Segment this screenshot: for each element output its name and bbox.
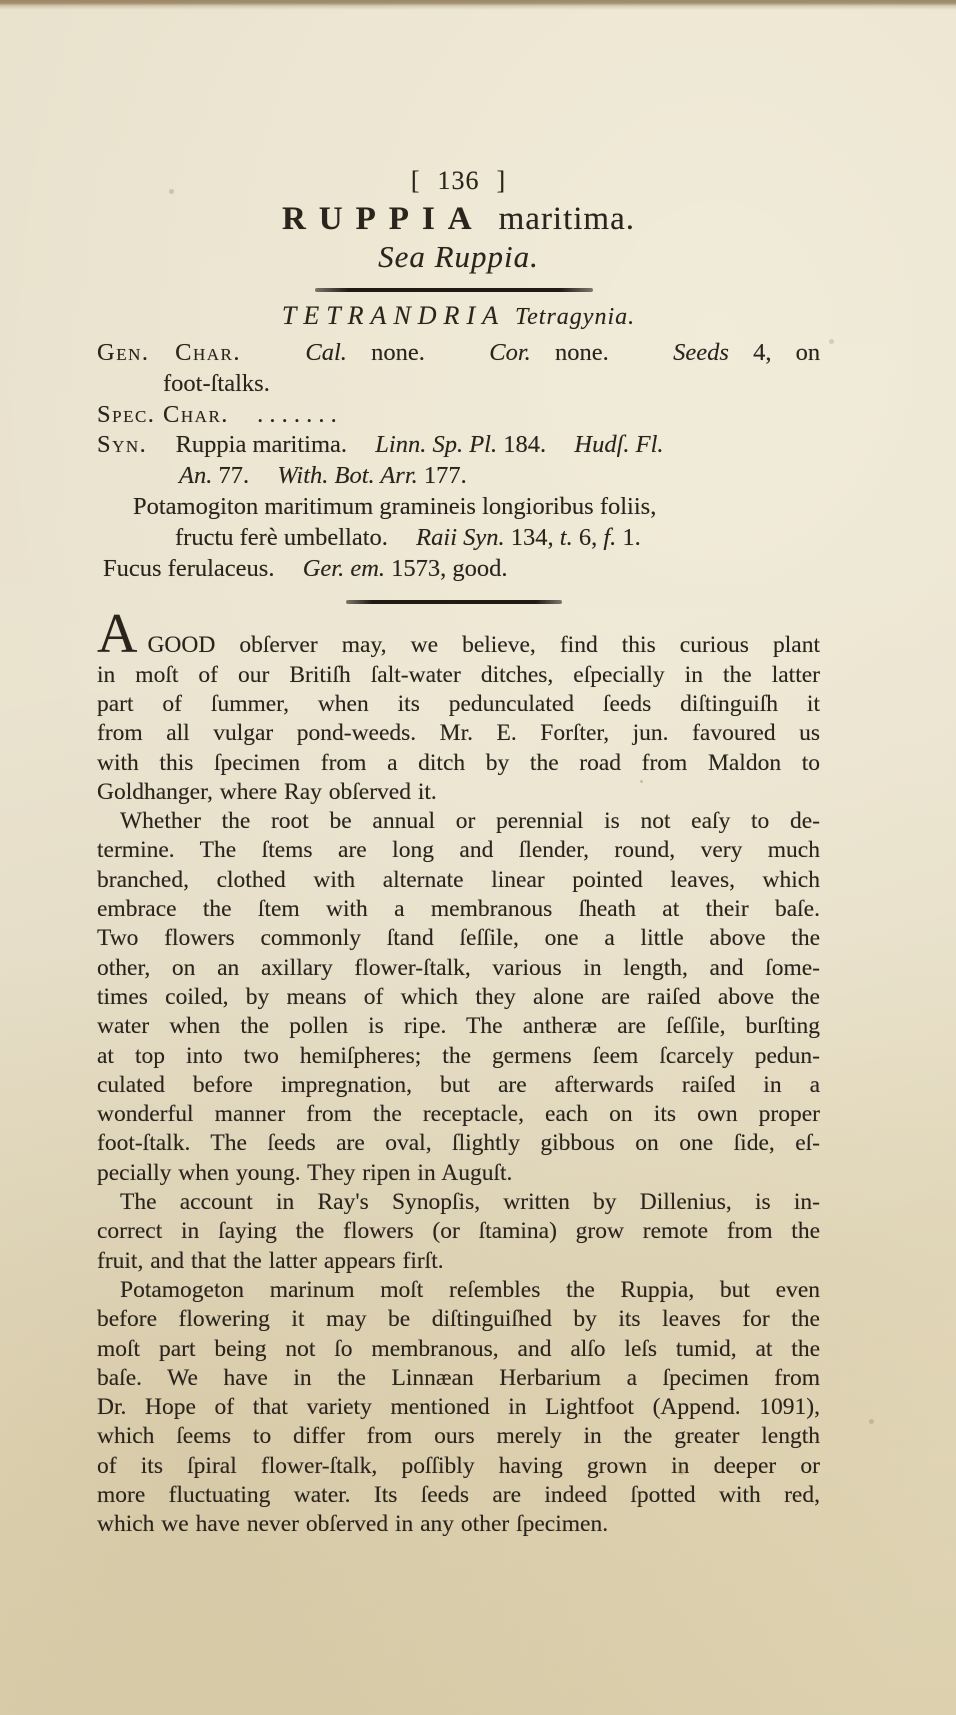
body-line: foot-ſtalk. The ſeeds are oval, ſlightly… [97, 1129, 820, 1158]
synonymy-line: Spec. Char. . . . . . . . [97, 400, 820, 431]
body-line: which we have never obſerved in any othe… [97, 1510, 820, 1539]
body-line: Two flowers commonly ſtand ſeſſile, one … [97, 924, 820, 953]
synonymy-line: Potamogiton maritimum gramineis longiori… [97, 492, 820, 523]
synonymy-line: Fucus ferulaceus. Ger. em. 1573, good. [97, 554, 820, 585]
body-line: of its ſpiral flower-ſtalk, poſſibly hav… [97, 1452, 820, 1481]
body-line: which ſeems to differ from ours merely i… [97, 1422, 820, 1451]
common-name: Sea Ruppia. [97, 239, 820, 275]
synonymy-line: Gen. Char. Cal. none. Cor. none. [97, 338, 820, 369]
body-line: part of ſummer, when its pedunculated ſe… [97, 690, 820, 719]
body-line: moſt part being not ſo membranous, and a… [97, 1335, 820, 1364]
text-segment: Syn. [97, 431, 147, 458]
body-line: wonderful manner from the receptacle, ea… [97, 1100, 820, 1129]
text-segment: t. [560, 524, 573, 551]
text-segment: Seeds [673, 339, 729, 366]
body-line: with this ſpecimen from a ditch by the r… [97, 749, 820, 778]
text-segment: Hudſ. Fl. [574, 431, 663, 458]
text-segment: 6, [579, 524, 604, 551]
body-line: embrace the ſtem with a membranous ſheat… [97, 895, 820, 924]
synonymy-block: Gen. Char. Cal. none. Cor. none. [97, 338, 820, 584]
synonymy-line: fructu ferè umbellato. Raii Syn. 134, t.… [97, 523, 820, 554]
body-line: at top into two hemiſpheres; the germens… [97, 1042, 820, 1071]
body-line: Potamogeton marinum moſt reſembles the R… [97, 1276, 820, 1305]
body-line: The account in Ray's Synopſis, written b… [97, 1188, 820, 1217]
text-segment: 1. [622, 524, 640, 551]
body-line: Goldhanger, where Ray obſerved it. [97, 778, 820, 807]
text-segment: Potamogiton maritimum gramineis longiori… [133, 493, 656, 520]
text-segment: fructu ferè umbellato. [175, 524, 388, 551]
text-segment: Raii Syn. [416, 524, 504, 551]
genus-name: RUPPIA [282, 201, 485, 237]
description-body: AGOOD obſerver may, we believe, find thi… [97, 631, 820, 1539]
text-segment: Ger. em. [303, 555, 385, 582]
text-segment: With. Bot. Arr. [277, 462, 417, 489]
body-line: pecially when young. They ripen in Auguſ… [97, 1159, 820, 1188]
body-line: correct in ſaying the flowers (or ſtamin… [97, 1217, 820, 1246]
body-line: culated before impregnation, but are aft… [97, 1071, 820, 1100]
classification-line: TETRANDRIATetragynia. [97, 301, 820, 331]
synonymy-line: An. 77. With. Bot. Arr. 177. [97, 461, 820, 492]
text-segment: 4, on [753, 339, 820, 366]
body-line: from all vulgar pond-weeds. Mr. E. Forſt… [97, 719, 820, 748]
body-line: baſe. We have in the Linnæan Herbarium a… [97, 1364, 820, 1393]
text-block: [136] RUPPIAmaritima. Sea Ruppia. TETRAN… [97, 0, 820, 1540]
folio-left-bracket: [ [394, 166, 438, 195]
text-segment: Ruppia maritima. [176, 431, 347, 458]
linnaean-order: Tetragynia. [515, 304, 635, 330]
divider-rule-top [315, 288, 593, 292]
body-line: branched, clothed with alternate linear … [97, 866, 820, 895]
text-segment: 134, [511, 524, 560, 551]
body-line: other, on an axillary flower-ſtalk, vari… [97, 954, 820, 983]
text-segment: Linn. Sp. Pl. [375, 431, 497, 458]
body-lines: in moſt of our Britiſh ſalt-water ditche… [97, 661, 820, 1540]
text-segment: foot-ſtalks. [163, 370, 270, 397]
body-line: fruit, and that the latter appears firſt… [97, 1247, 820, 1276]
scanned-book-page: [136] RUPPIAmaritima. Sea Ruppia. TETRAN… [0, 0, 956, 1715]
linnaean-class: TETRANDRIA [282, 301, 505, 330]
text-segment: f. [603, 524, 616, 551]
folio-right-bracket: ] [480, 166, 524, 195]
initial-capital: A [97, 603, 137, 665]
species-title: RUPPIAmaritima. [97, 201, 820, 238]
text-segment: Cal. [305, 339, 347, 366]
text-segment: 77. [218, 462, 249, 489]
text-segment: none. [371, 339, 425, 366]
text-segment: Fucus ferulaceus. [103, 555, 274, 582]
divider-rule-bottom [346, 600, 562, 604]
body-line: times coiled, by means of which they alo… [97, 983, 820, 1012]
body-line: more fluctuating water. Its ſeeds are in… [97, 1481, 820, 1510]
text-segment: 1573, good. [391, 555, 507, 582]
synonymy-line: foot-ſtalks. [97, 369, 820, 400]
body-line: Whether the root be annual or perennial … [97, 807, 820, 836]
body-line: termine. The ſtems are long and ſlender,… [97, 836, 820, 865]
body-line: before flowering it may be diſtinguiſhed… [97, 1305, 820, 1334]
text-segment: 177. [424, 462, 467, 489]
text-segment: Spec. Char. [97, 401, 229, 428]
body-line: water when the pollen is ripe. The anthe… [97, 1012, 820, 1041]
body-line-first: AGOOD obſerver may, we believe, find thi… [97, 631, 820, 660]
body-line: in moſt of our Britiſh ſalt-water ditche… [97, 661, 820, 690]
text-segment: 184. [503, 431, 546, 458]
species-epithet: maritima. [499, 201, 635, 237]
text-segment: none. [555, 339, 609, 366]
folio-number: 136 [438, 166, 480, 195]
text-segment: An. [179, 462, 212, 489]
text-segment: . . . . . . . [257, 401, 337, 428]
synonymy-line: Syn. Ruppia maritima. Linn. Sp. Pl. 184. [97, 430, 820, 461]
body-line: Dr. Hope of that variety mentioned in Li… [97, 1393, 820, 1422]
page-number-line: [136] [97, 166, 820, 196]
text-segment: Gen. Char. [97, 339, 241, 366]
first-line-text: GOOD obſerver may, we believe, find this… [147, 632, 820, 658]
text-segment: Cor. [489, 339, 531, 366]
